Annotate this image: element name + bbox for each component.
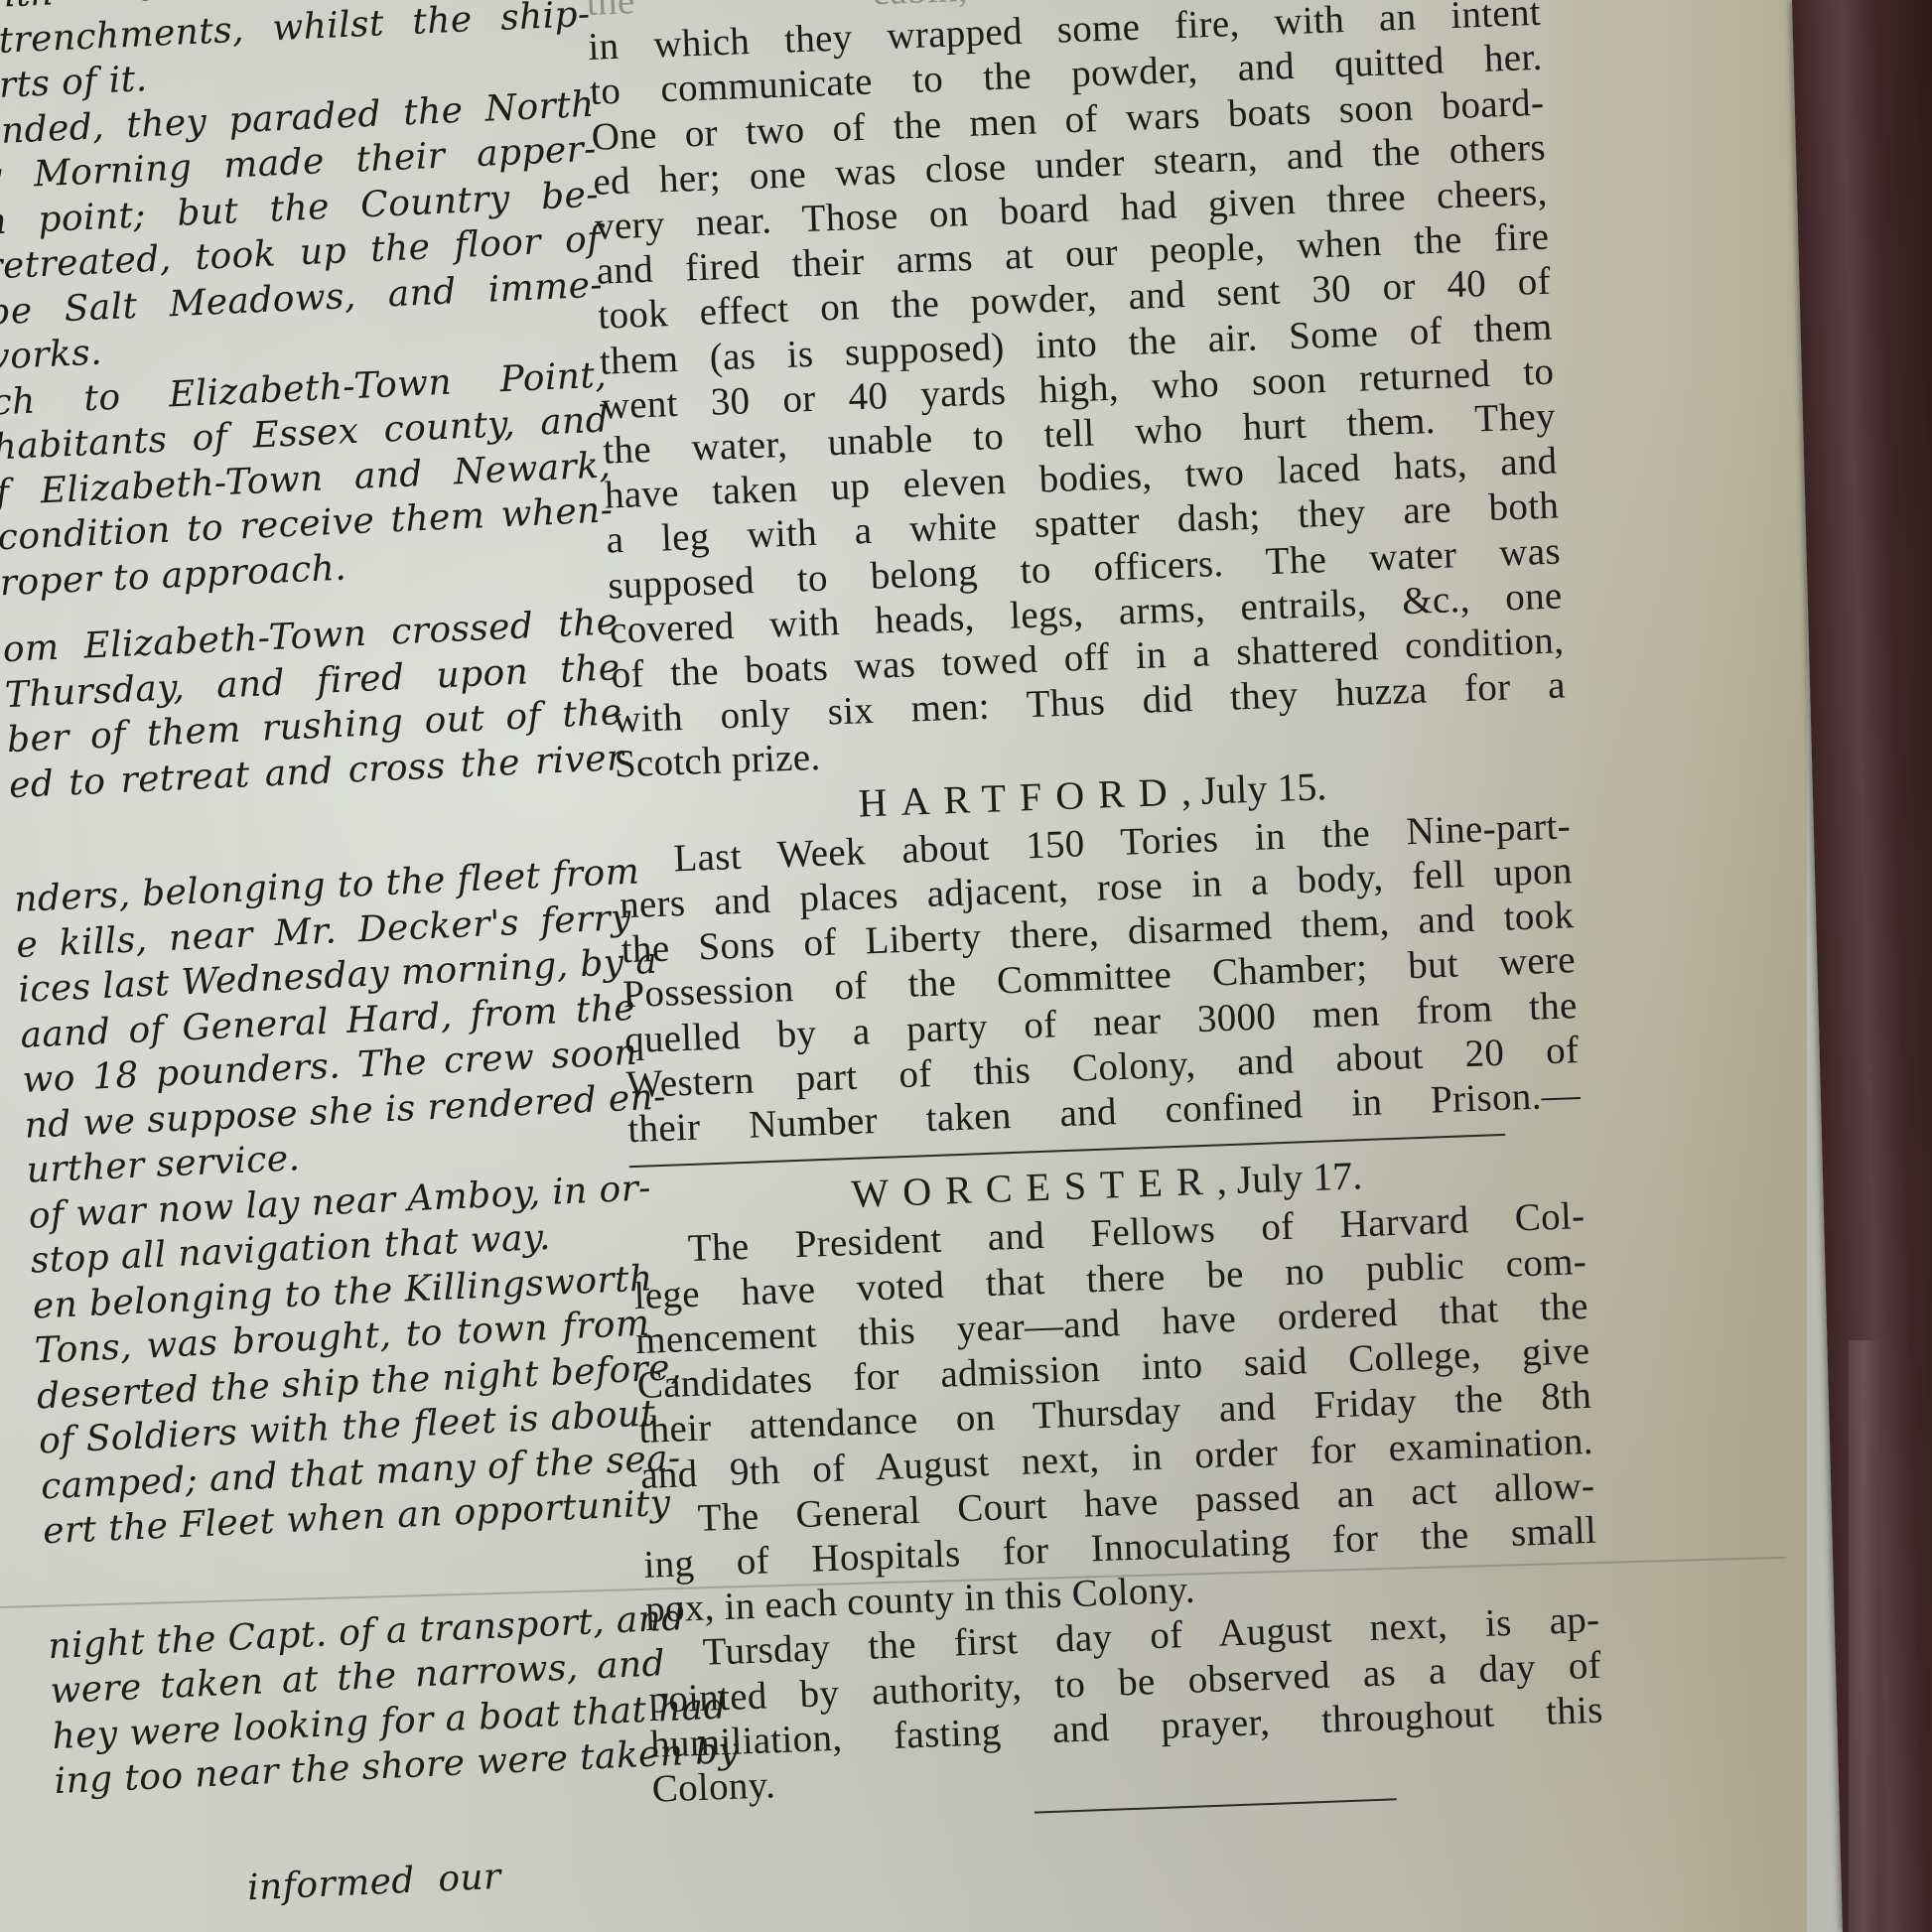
- article-powder-boat: the cabin, and .... in which they wrappe…: [586, 0, 1568, 787]
- dateline-city: HARTFORD: [858, 768, 1182, 825]
- left-column: with enthuhaour to fo ntrenchments, whil…: [0, 0, 675, 1919]
- article-hartford: HARTFORD, July 15. Last Week about 150 T…: [616, 755, 1582, 1153]
- section-end-rule: [1035, 1798, 1397, 1813]
- article-worcester: WORCESTER, July 17. The President and Fe…: [629, 1145, 1605, 1812]
- dateline-city: WORCESTER: [851, 1159, 1218, 1216]
- dateline-date: , July 17.: [1216, 1153, 1363, 1202]
- dateline-date: , July 15.: [1180, 763, 1327, 813]
- frame-highlight: [1849, 1340, 1878, 1932]
- right-column: the cabin, and .... in which they wrappe…: [586, 0, 1606, 1840]
